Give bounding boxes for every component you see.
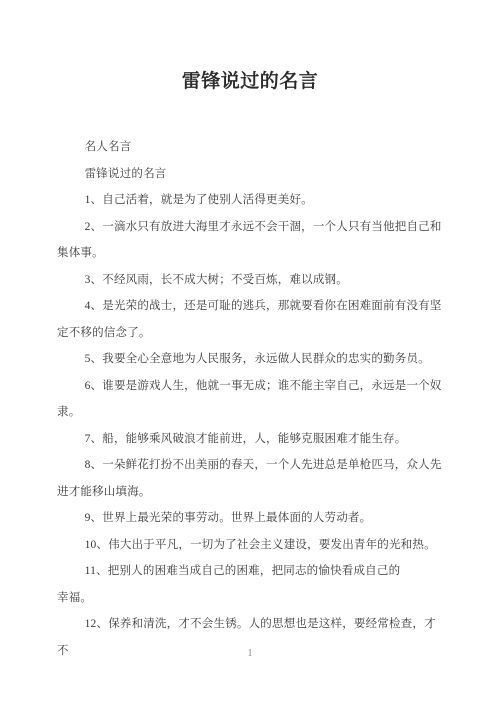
document-body: 名人名言雷锋说过的名言1、自己活着，就是为了使别人活得更美好。2、一滴水只有放进… [57, 134, 444, 664]
paragraph: 2、一滴水只有放进大海里才永远不会干涸，一个人只有当他把自己和 集体事。 [57, 214, 444, 267]
paragraph: 名人名言 [57, 134, 444, 161]
paragraph: 9、世界上最光荣的事劳动。世界上最体面的人劳动者。 [57, 505, 444, 532]
paragraph: 4、是光荣的战士，还是可耻的逃兵，那就要看你在困难面前有没有坚 定不移的信念了。 [57, 293, 444, 346]
paragraph: 5、我要全心全意地为人民服务，永远做人民群众的忠实的勤务员。 [57, 346, 444, 373]
paragraph: 8、一朵鲜花打扮不出美丽的春天，一个人先进总是单枪匹马，众人先 进才能移山填海。 [57, 452, 444, 505]
paragraph: 11、把别人的困难当成自己的困难，把同志的愉快看成自己的 幸福。 [57, 558, 444, 611]
paragraph: 7、船，能够乘风破浪才能前进，人，能够克服困难才能生存。 [57, 426, 444, 453]
document-title: 雷锋说过的名言 [0, 0, 500, 94]
paragraph: 1、自己活着，就是为了使别人活得更美好。 [57, 187, 444, 214]
paragraph: 10、伟大出于平凡，一切为了社会主义建设，要发出青年的光和热。 [57, 532, 444, 559]
paragraph: 雷锋说过的名言 [57, 161, 444, 188]
paragraph: 3、不经风雨，长不成大树；不受百炼，难以成钢。 [57, 267, 444, 294]
document-page: 雷锋说过的名言 名人名言雷锋说过的名言1、自己活着，就是为了使别人活得更美好。2… [0, 0, 500, 708]
page-number: 1 [0, 648, 500, 659]
paragraph: 6、谁要是游戏人生，他就一事无成；谁不能主宰自己，永远是一个奴 隶。 [57, 373, 444, 426]
